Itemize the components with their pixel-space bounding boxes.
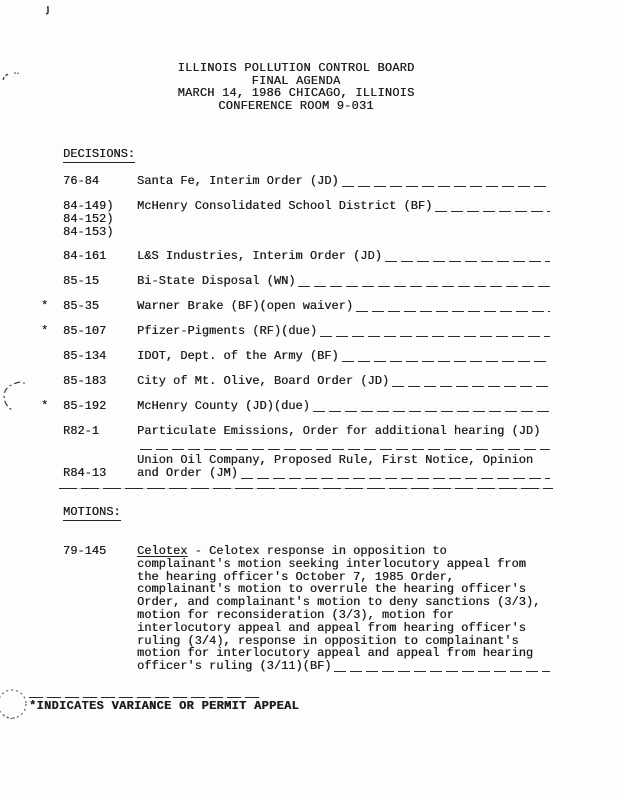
motion-line: interlocutory appeal and appeal from hea… (137, 622, 550, 635)
case-title: Pfizer-Pigments (RF)(due) (137, 325, 317, 338)
decision-row: 85-15 Bi-State Disposal (WN) (63, 275, 550, 288)
fill-line (295, 275, 550, 288)
docket-number: 85-134 (63, 350, 137, 363)
case-title-continued: and Order (JM) (137, 467, 238, 480)
variance-asterisk: * (41, 400, 55, 413)
variance-asterisk: * (41, 300, 55, 313)
docket-number: 85-183 (63, 375, 137, 388)
decision-row: R82-1 Particulate Emissions, Order for a… (63, 425, 550, 438)
motion-line: motion for reconsideration (3/3), motion… (137, 609, 550, 622)
footer-rule-line (29, 697, 261, 698)
case-title: Particulate Emissions, Order for additio… (137, 425, 540, 438)
case-title: Santa Fe, Interim Order (JD) (137, 175, 339, 188)
decisions-heading: DECISIONS: (63, 148, 135, 163)
case-title: Bi-State Disposal (WN) (137, 275, 295, 288)
fill-line (432, 200, 550, 213)
decision-row: * 85-107 Pfizer-Pigments (RF)(due) (63, 325, 550, 338)
document-header: ILLINOIS POLLUTION CONTROL BOARD FINAL A… (0, 62, 592, 112)
fill-line (137, 438, 550, 451)
case-name-underlined: Celotex (137, 544, 187, 558)
motion-line: complainant's motion seeking interlocuto… (137, 558, 550, 571)
case-title: McHenry County (JD)(due) (137, 400, 310, 413)
case-title: IDOT, Dept. of the Army (BF) (137, 350, 339, 363)
fill-line (238, 467, 550, 480)
decision-row: 76-84 Santa Fe, Interim Order (JD) (63, 175, 550, 188)
scan-artifact-stain-circle (0, 685, 31, 723)
fill-line (382, 250, 550, 263)
case-title: Warner Brake (BF)(open waiver) (137, 300, 353, 313)
section-divider-line (59, 488, 553, 489)
motion-text: Celotex - Celotex response in opposition… (137, 545, 550, 673)
motions-heading: MOTIONS: (63, 506, 121, 521)
motion-line: - Celotex response in opposition to (187, 544, 446, 558)
variance-asterisk: * (41, 325, 55, 338)
fill-line (339, 350, 550, 363)
docket-number: R84-13 (63, 467, 137, 480)
fill-line (331, 660, 550, 673)
docket-number: 85-192 (63, 400, 137, 413)
decision-row: 85-183 City of Mt. Olive, Board Order (J… (63, 375, 550, 388)
header-date-location: MARCH 14, 1986 CHICAGO, ILLINOIS (0, 87, 592, 100)
fill-line (339, 175, 550, 188)
case-title: City of Mt. Olive, Board Order (JD) (137, 375, 389, 388)
decision-row: 84-161 L&S Industries, Interim Order (JD… (63, 250, 550, 263)
decision-row: * 85-35 Warner Brake (BF)(open waiver) (63, 300, 550, 313)
decision-row: 84-149) McHenry Consolidated School Dist… (63, 200, 550, 213)
header-room: CONFERENCE ROOM 9-031 (0, 100, 592, 113)
docket-number: 79-145 (63, 545, 137, 558)
case-title: L&S Industries, Interim Order (JD) (137, 250, 382, 263)
motion-line: officer's ruling (3/11)(BF) (137, 660, 331, 673)
scan-artifact-top-mark (44, 6, 52, 16)
motion-row: 79-145 Celotex - Celotex response in opp… (63, 545, 550, 673)
fill-line (389, 375, 550, 388)
docket-number-consolidated: 84-152) (63, 213, 550, 226)
footer: *INDICATES VARIANCE OR PERMIT APPEAL (29, 697, 299, 713)
docket-number-consolidated: 84-153) (63, 226, 550, 239)
docket-number: 85-107 (63, 325, 137, 338)
fill-line (317, 325, 550, 338)
decision-row: R84-13 Union Oil Company, Proposed Rule,… (63, 454, 550, 480)
scan-artifact-left-curve (1, 379, 27, 413)
fill-line (310, 400, 550, 413)
case-title: McHenry Consolidated School District (BF… (137, 200, 432, 213)
header-board-name: ILLINOIS POLLUTION CONTROL BOARD (0, 62, 592, 75)
agenda-body: DECISIONS: 76-84 Santa Fe, Interim Order… (63, 148, 550, 685)
signature-line-row (63, 438, 550, 451)
docket-number: R82-1 (63, 425, 137, 438)
docket-number: 84-161 (63, 250, 137, 263)
fill-line (353, 300, 550, 313)
decision-row: 85-134 IDOT, Dept. of the Army (BF) (63, 350, 550, 363)
docket-number: 85-15 (63, 275, 137, 288)
docket-number: 84-149) (63, 200, 137, 213)
docket-number: 76-84 (63, 175, 137, 188)
docket-number: 85-35 (63, 300, 137, 313)
decision-row: * 85-192 McHenry County (JD)(due) (63, 400, 550, 413)
variance-legend: *INDICATES VARIANCE OR PERMIT APPEAL (29, 700, 299, 713)
scanned-agenda-page: ILLINOIS POLLUTION CONTROL BOARD FINAL A… (0, 0, 618, 800)
